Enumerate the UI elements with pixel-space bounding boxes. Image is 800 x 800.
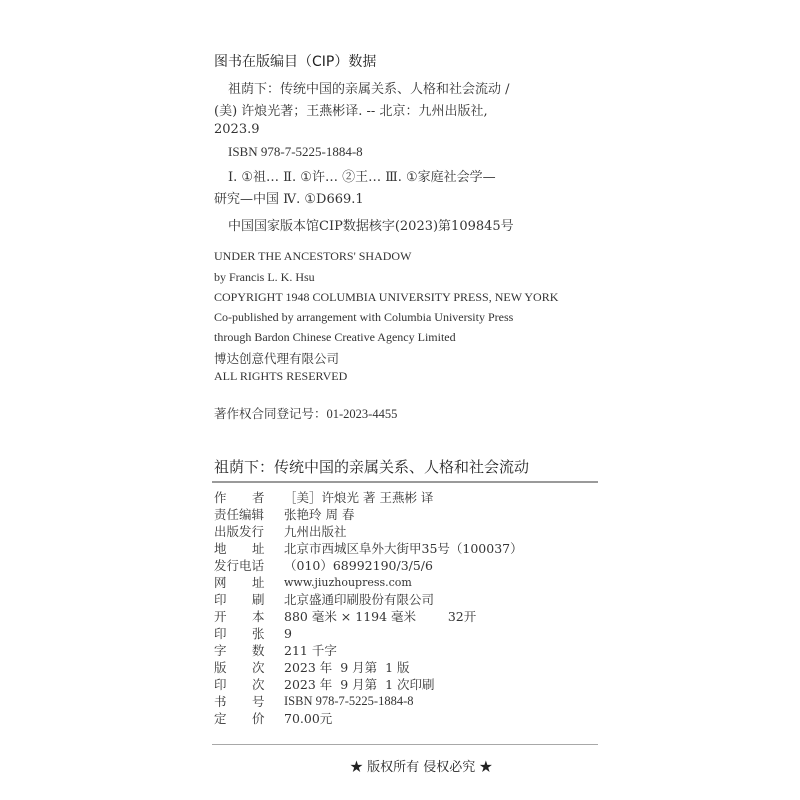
info-value: ISBN 978-7-5225-1884-8 [284,693,414,710]
info-value: ［美］许烺光 著 王燕彬 译 [284,489,433,506]
cip-isbn: ISBN 978-7-5225-1884-8 [228,144,363,160]
info-label: 出版发行 [214,523,274,540]
info-label: 址 [252,574,265,591]
book-title: 祖荫下：传统中国的亲属关系、人格和社会流动 [214,456,529,477]
info-value: （010）68992190/3/5/6 [284,557,433,574]
divider-top [212,481,598,483]
info-value: 北京市西城区阜外大街甲35号（100037） [284,540,523,557]
info-label: 印 [214,591,227,608]
cip-classification-cont: 研究—中国 Ⅳ. ①D669.1 [214,188,364,207]
info-label: 版 [214,659,227,676]
copyright-notice: ★ 版权所有 侵权必究 ★ [350,756,510,775]
info-label: 次 [252,676,265,693]
original-title: UNDER THE ANCESTORS' SHADOW [214,249,411,264]
cip-line: 祖荫下：传统中国的亲属关系、人格和社会流动 / [228,78,510,97]
all-rights-reserved: ALL RIGHTS RESERVED [214,369,347,384]
info-label: 址 [252,540,265,557]
info-label: 印 [214,625,227,642]
info-label: 数 [252,642,265,659]
cip-heading: 图书在版编目（CIP）数据 [214,51,376,71]
info-label: 本 [252,608,265,625]
info-value: 北京盛通印刷股份有限公司 [284,591,434,608]
contract-registration: 著作权合同登记号：01-2023-4455 [214,404,397,422]
original-author: by Francis L. K. Hsu [214,270,315,285]
info-label: 价 [252,710,265,727]
agency-chinese: 博达创意代理有限公司 [214,349,339,367]
info-label: 号 [252,693,265,710]
info-value: 九州出版社 [284,523,347,540]
info-label: 开 [214,608,227,625]
info-value: 9 [284,625,292,642]
info-value: 70.00元 [284,710,332,727]
cip-record-number: 中国国家版本馆CIP数据核字(2023)第109845号 [228,215,514,234]
info-label: 刷 [252,591,265,608]
info-label: 网 [214,574,227,591]
info-label: 责任编辑 [214,506,274,523]
copyright-line: COPYRIGHT 1948 COLUMBIA UNIVERSITY PRESS… [214,290,558,305]
info-value: 880 毫米 × 1194 毫米 32开 [284,608,476,625]
info-label: 者 [252,489,265,506]
info-value: 211 千字 [284,642,337,659]
info-label: 印 [214,676,227,693]
copublished-line: Co-published by arrangement with Columbi… [214,310,513,325]
info-label: 作 [214,489,227,506]
info-label: 发行电话 [214,557,274,574]
info-label: 字 [214,642,227,659]
info-label: 次 [252,659,265,676]
info-label: 定 [214,710,227,727]
info-label: 张 [252,625,265,642]
info-label: 书 [214,693,227,710]
website-link: www.jiuzhoupress.com [284,574,412,591]
agency-line: through Bardon Chinese Creative Agency L… [214,330,456,345]
cip-line: 2023.9 [214,122,260,137]
cip-classification: Ⅰ. ①祖… Ⅱ. ①许… ②王… Ⅲ. ①家庭社会学— [228,166,496,185]
info-label: 地 [214,540,227,557]
cip-line: (美) 许烺光著；王燕彬译. -- 北京：九州出版社, [214,100,488,119]
info-value: 2023 年 9 月第 1 版 [284,659,410,676]
info-value: 张艳玲 周 春 [284,506,354,523]
divider-bottom [212,744,598,745]
info-value: 2023 年 9 月第 1 次印刷 [284,676,435,693]
